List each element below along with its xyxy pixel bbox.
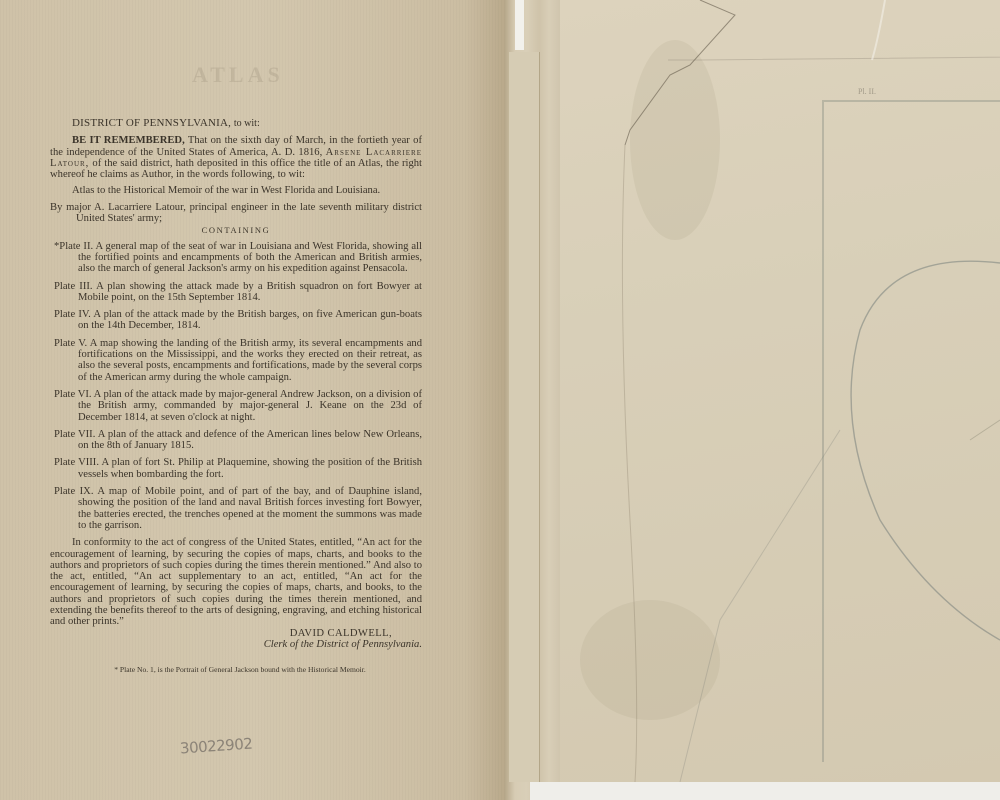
plate-label: Plate VII.: [54, 429, 95, 440]
plate-entry: Plate VI. A plan of the attack made by m…: [54, 389, 422, 423]
plate-text: A plan of the attack and defence of the …: [78, 429, 422, 451]
district-heading-main: DISTRICT OF PENNSYLVANIA,: [72, 117, 231, 129]
plate-text: A plan of the attack made by the British…: [78, 309, 422, 331]
containing-label: CONTAINING: [50, 225, 422, 236]
map-neatline-border: [822, 100, 1000, 762]
plate-text: A general map of the seat of war in Loui…: [78, 241, 422, 275]
district-heading-suffix: to wit:: [234, 118, 260, 129]
plate-entry: *Plate II. A general map of the seat of …: [54, 241, 422, 275]
plate-entry: Plate VII. A plan of the attack and defe…: [54, 429, 422, 452]
byline: By major A. Lacarriere Latour, principal…: [50, 202, 422, 225]
plate-label: Plate VIII.: [54, 457, 99, 468]
pencil-inventory-number: 30022902: [179, 734, 252, 757]
plate-text: A plan of the attack made by major-gener…: [78, 389, 422, 423]
plate-text: A map of Mobile point, and of part of th…: [78, 486, 422, 531]
plate-entry: Plate IV. A plan of the attack made by t…: [54, 309, 422, 332]
plate-text: A plan of fort St. Philip at Plaquemine,…: [78, 457, 422, 479]
preamble-text-2: of the said district, hath deposited in …: [50, 158, 422, 180]
copyright-text-block: DISTRICT OF PENNSYLVANIA, to wit: BE IT …: [50, 118, 422, 675]
scan-background: [530, 782, 1000, 800]
left-page-copyright: ATLAS DISTRICT OF PENNSYLVANIA, to wit: …: [0, 0, 505, 800]
preamble-lead: BE IT REMEMBERED,: [72, 135, 185, 146]
plate-entry: Plate VIII. A plan of fort St. Philip at…: [54, 457, 422, 480]
plates-list: *Plate II. A general map of the seat of …: [50, 241, 422, 532]
plate-label: Plate III.: [54, 281, 93, 292]
plate-entry: Plate IX. A map of Mobile point, and of …: [54, 486, 422, 531]
plate-label: Plate VI.: [54, 389, 92, 400]
bleed-through-title: ATLAS: [192, 62, 284, 88]
plate-text: A map showing the landing of the British…: [78, 338, 422, 383]
clerk-title: Clerk of the District of Pennsylvania.: [50, 639, 422, 650]
gutter-gap: [515, 0, 524, 50]
plate-entry: Plate III. A plan showing the attack mad…: [54, 281, 422, 304]
plate-text: A plan showing the attack made by a Brit…: [78, 281, 422, 303]
plate-label: Plate IX.: [54, 486, 93, 497]
atlas-title: Atlas to the Historical Memoir of the wa…: [50, 185, 422, 196]
preamble-paragraph: BE IT REMEMBERED, That on the sixth day …: [50, 135, 422, 180]
district-heading: DISTRICT OF PENNSYLVANIA, to wit:: [72, 118, 422, 129]
plate-footnote: * Plate No. 1, is the Portrait of Genera…: [58, 664, 422, 675]
guard-strip: [508, 52, 540, 782]
plate-label: Plate V.: [54, 338, 87, 349]
plate-mark-bleed: Pl. II.: [858, 87, 876, 96]
plate-label: Plate IV.: [54, 309, 91, 320]
signer-name: DAVID CALDWELL,: [50, 628, 392, 639]
plate-entry: Plate V. A map showing the landing of th…: [54, 338, 422, 383]
plate-label: *Plate II.: [54, 241, 93, 252]
conformity-paragraph: In conformity to the act of congress of …: [50, 537, 422, 627]
